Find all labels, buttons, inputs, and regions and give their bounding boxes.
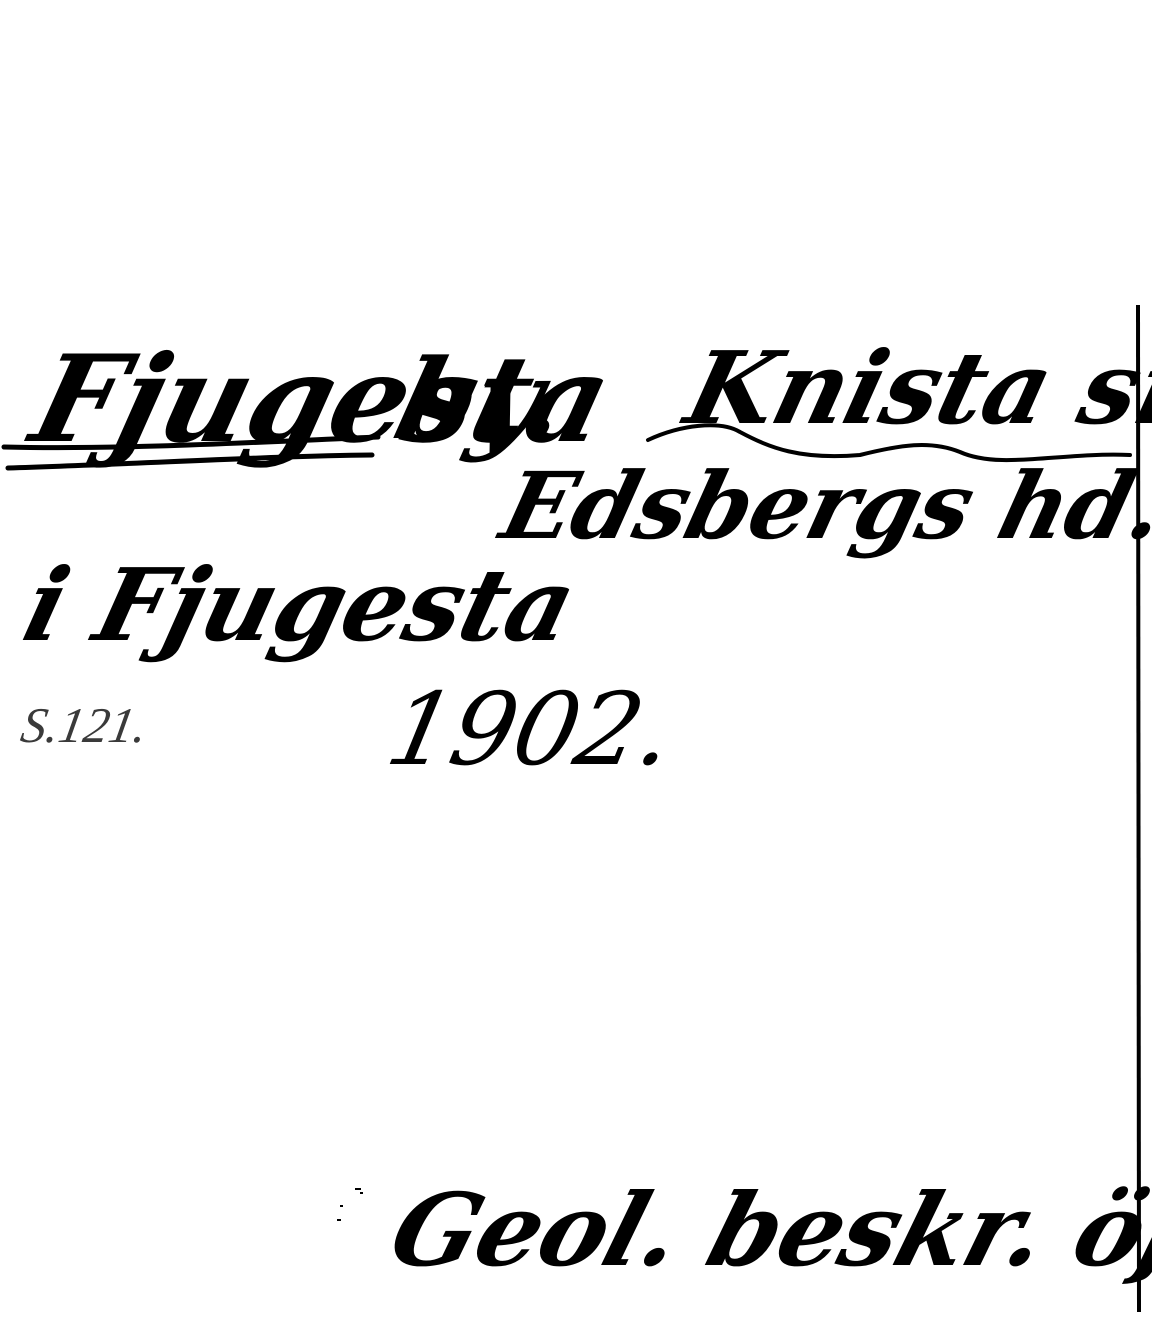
archive-card: Fjugesta by. Knista sn. Edsbergs hd. Nrk… <box>0 0 1152 1317</box>
locative-form: i Fjugesta <box>16 555 584 655</box>
place-type: by. <box>386 345 577 455</box>
hundred-county: Edsbergs hd. Nrk. <box>494 460 1152 552</box>
scan-specks <box>337 1188 363 1221</box>
parish: Knista sn. <box>678 338 1152 438</box>
pencil-reference-note: S.121. <box>18 700 152 750</box>
source-reference: Geol. beskr. öfv. Nrk. <box>381 1180 1152 1280</box>
year: 1902. <box>379 680 682 780</box>
